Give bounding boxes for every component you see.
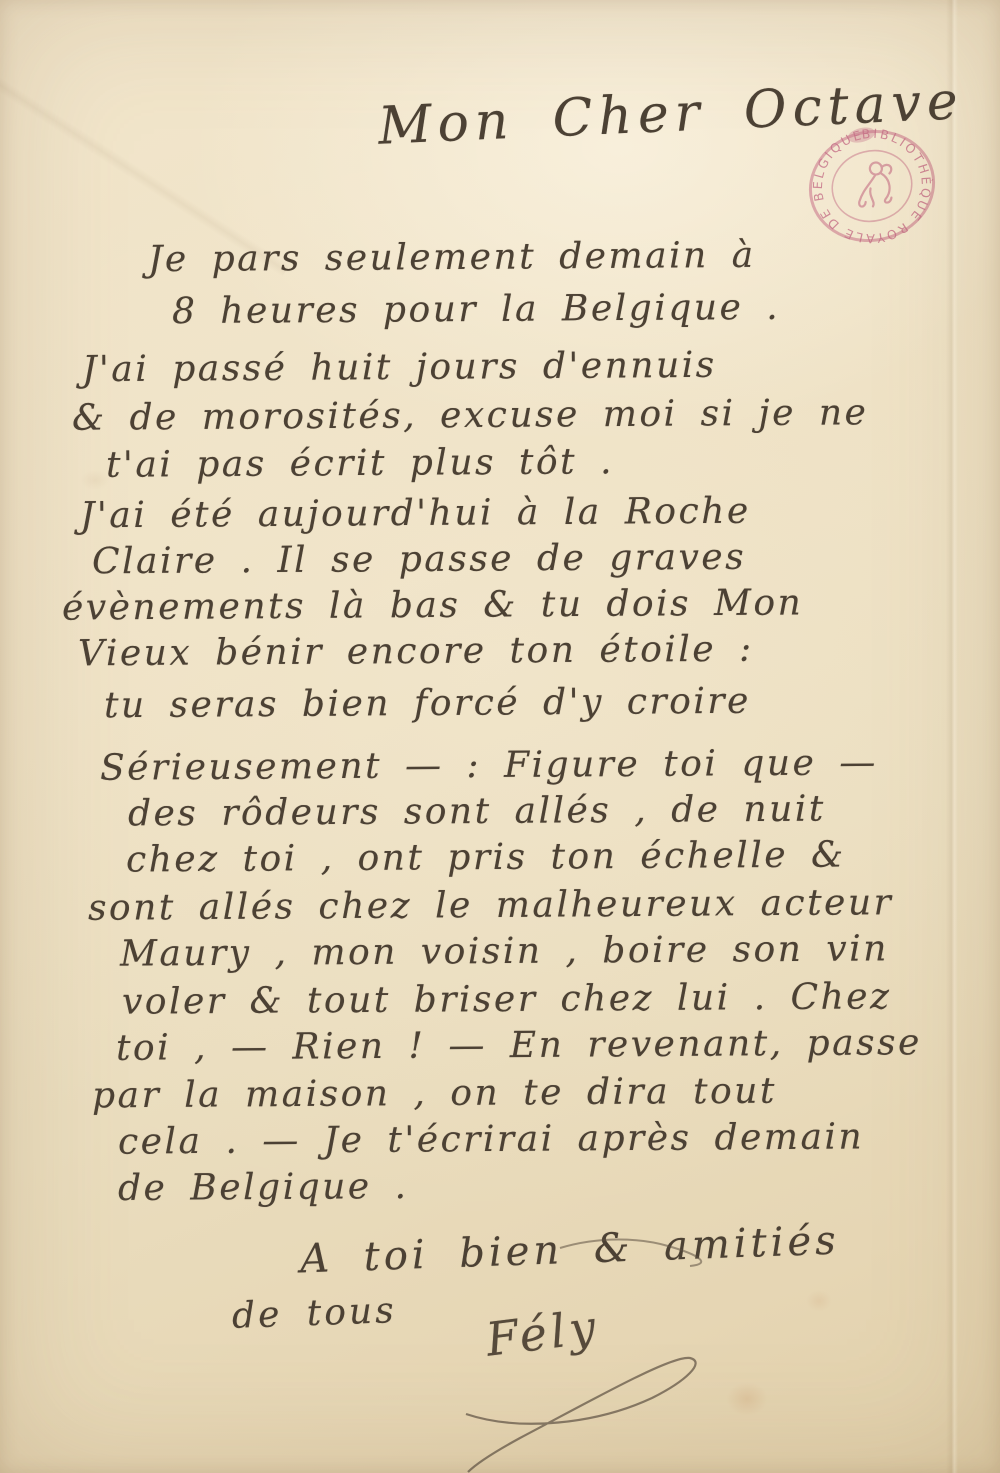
letter-line: toi , — Rien ! — En revenant, passe	[116, 1025, 922, 1067]
letter-line: tu seras bien forcé d'y croire	[104, 684, 751, 725]
letter-line: J'ai passé huit jours d'ennuis	[82, 348, 717, 388]
letter-line: Maury , mon voisin , boire son vin	[120, 931, 889, 972]
paper-stain	[726, 1382, 768, 1416]
paper-stain	[806, 1290, 832, 1312]
letter-line: 8 heures pour la Belgique .	[172, 290, 780, 330]
paper-crease-topleft	[0, 0, 290, 277]
letter-page: BIBLIOTHÈQUE ROYALE DE BELGIQUE • Mon Ch…	[0, 0, 1000, 1473]
letter-line: cela . — Je t'écrirai après demain	[118, 1119, 864, 1160]
lion-icon	[850, 159, 899, 209]
letter-line: t'ai pas écrit plus tôt .	[106, 444, 614, 484]
letter-line: chez toi , ont pris ton échelle &	[126, 837, 846, 878]
letter-line: Claire . Il se passe de graves	[92, 540, 746, 581]
letter-line: Vieux bénir encore ton étoile :	[78, 632, 754, 673]
letter-line: par la maison , on te dira tout	[92, 1074, 777, 1115]
letter-line: sont allés chez le malheureux acteur	[88, 885, 894, 927]
letter-line: de Belgique .	[118, 1169, 409, 1207]
letter-line: Je pars seulement demain à	[148, 238, 756, 278]
letter-line: & de morosités, excuse moi si je ne	[72, 395, 869, 437]
letter-line: J'ai été aujourd'hui à la Roche	[80, 494, 751, 535]
letter-line: des rôdeurs sont allés , de nuit	[128, 792, 826, 833]
closing-line: A toi bien & amitiés	[299, 1221, 840, 1280]
letter-line: évènements là bas & tu dois Mon	[62, 585, 803, 626]
signature: Fély	[484, 1303, 602, 1362]
letter-line: voler & tout briser chez lui . Chez	[122, 979, 892, 1020]
letter-line: Sérieusement — : Figure toi que —	[100, 745, 878, 786]
closing-line: de tous	[231, 1293, 397, 1335]
